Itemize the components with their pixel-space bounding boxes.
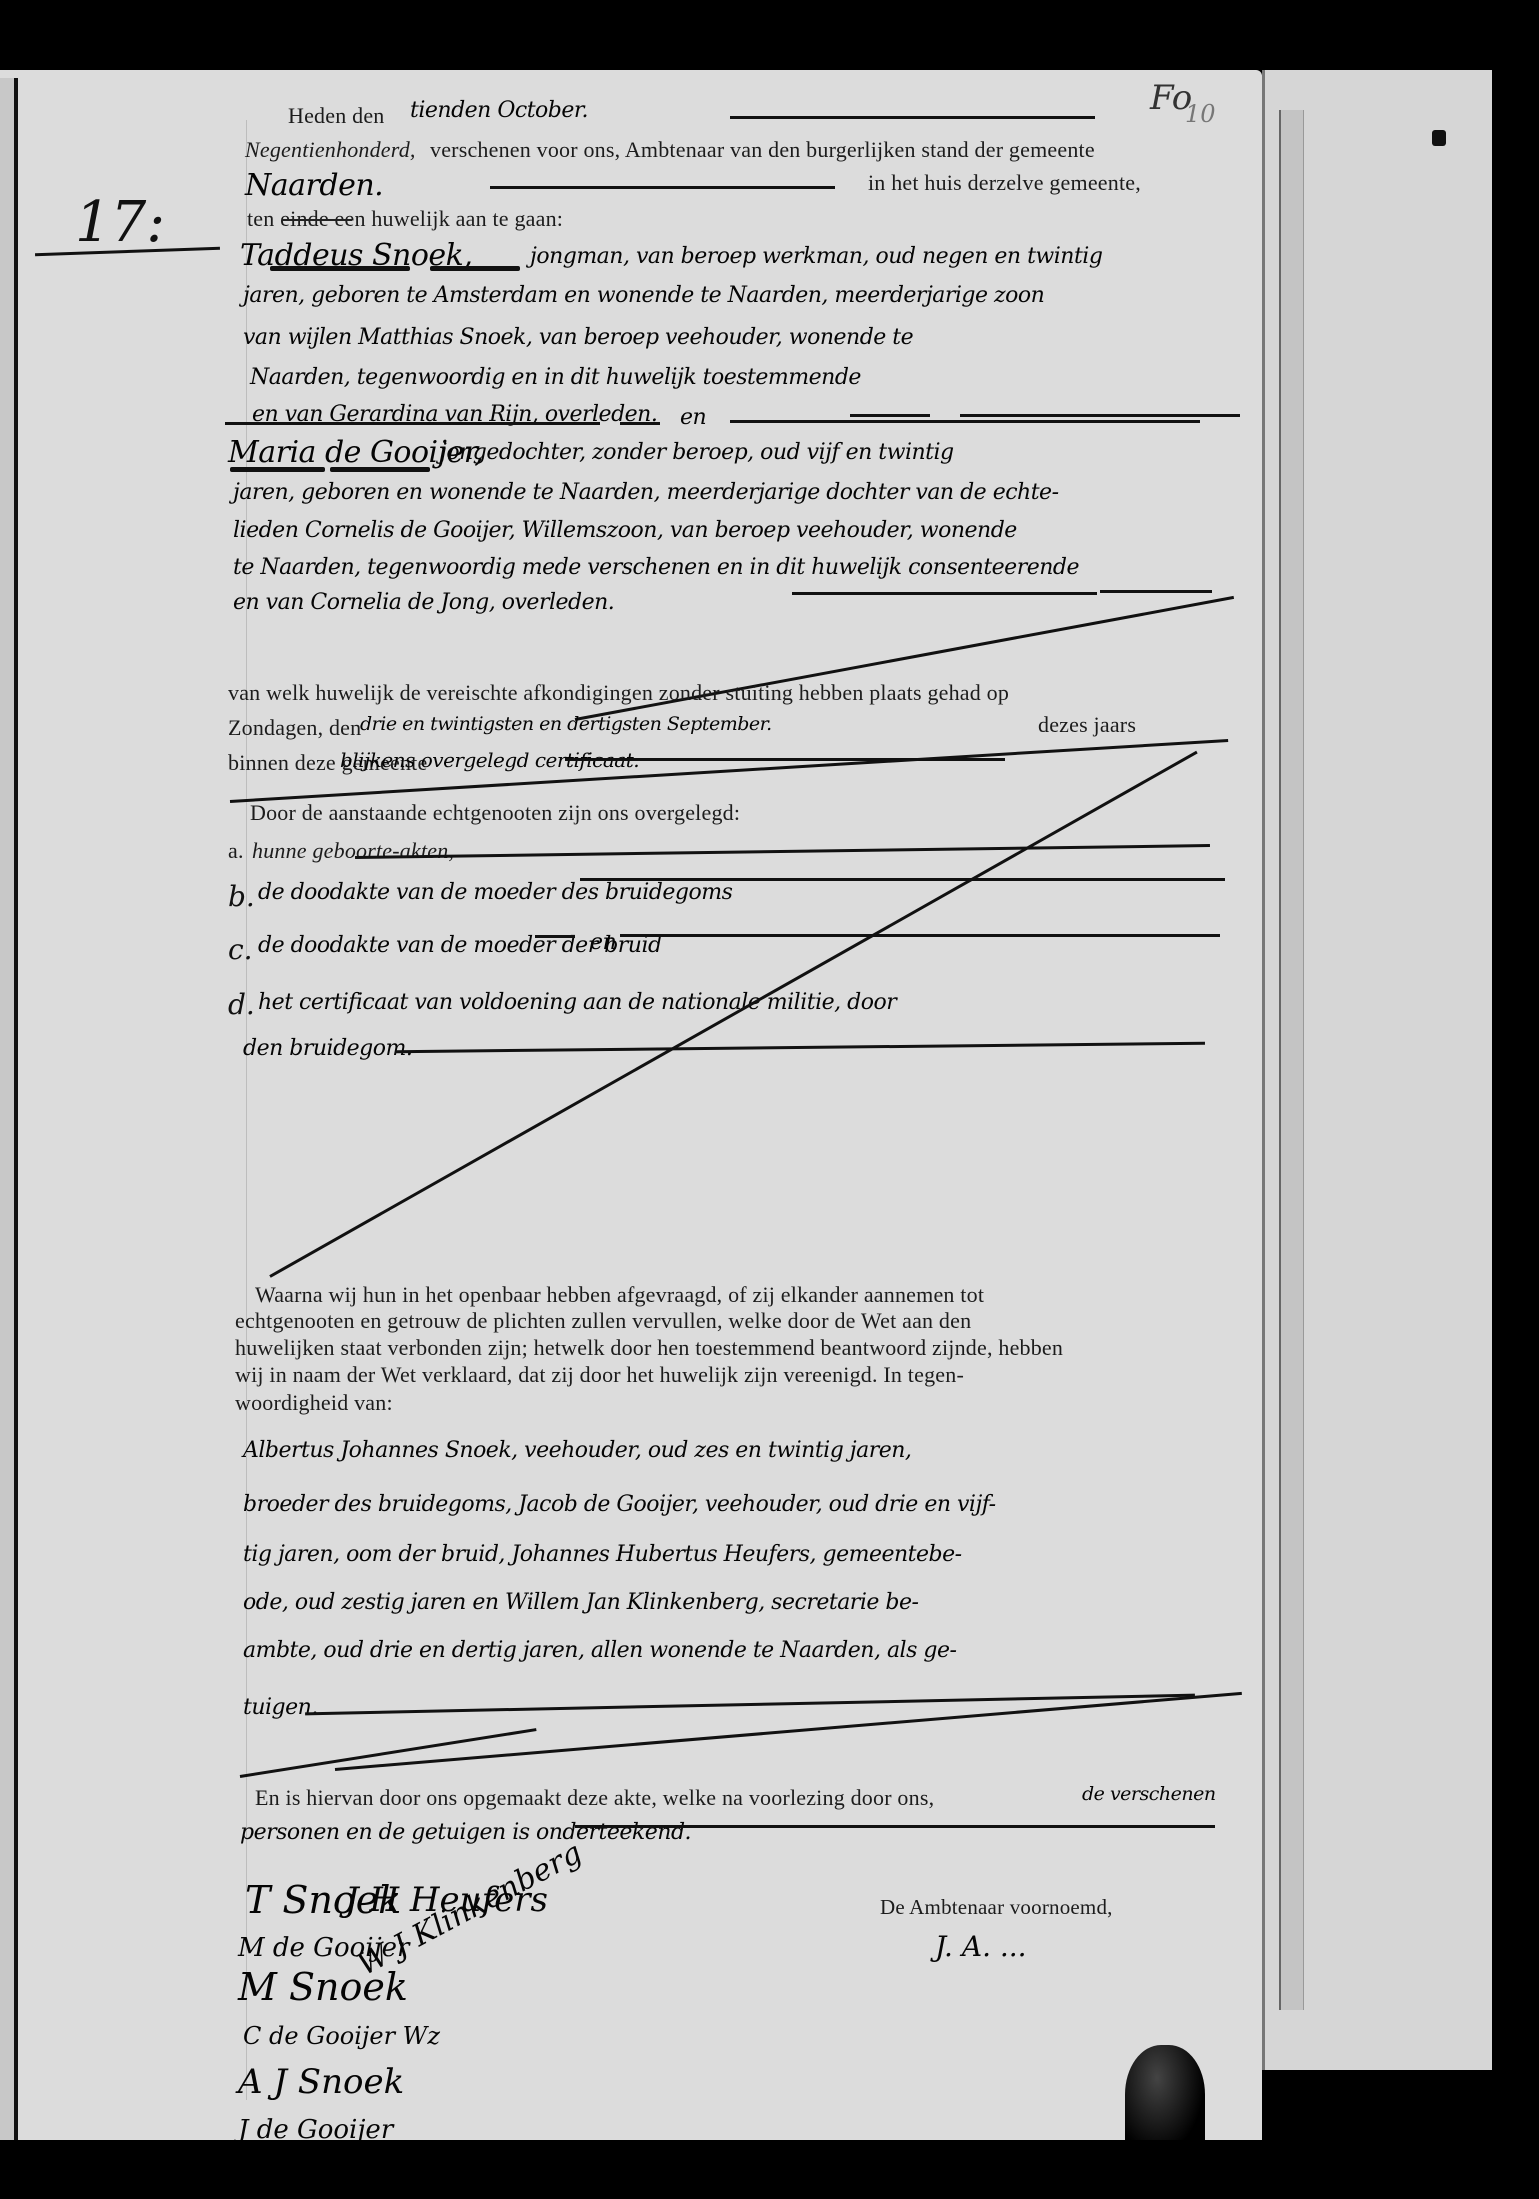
fill-line xyxy=(620,422,660,425)
doc-c-letter: c. xyxy=(228,933,253,966)
closing-hand-b: personen en de getuigen is onderteekend. xyxy=(240,1820,691,1845)
declaration-line-5: woordigheid van: xyxy=(235,1390,393,1416)
register-right-edge xyxy=(1262,70,1495,2070)
bride-line-5: en van Cornelia de Jong, overleden. xyxy=(233,590,614,615)
name-underline xyxy=(430,266,520,271)
fill-line xyxy=(730,420,1200,423)
conjunction-en: en xyxy=(680,405,706,430)
doc-a-text: hunne geboorte-akten, xyxy=(252,838,454,864)
fill-line xyxy=(575,1825,1215,1828)
closing-printed: En is hiervan door ons opgemaakt deze ak… xyxy=(255,1785,934,1811)
witness-line-4: ode, oud zestig jaren en Willem Jan Klin… xyxy=(243,1590,918,1615)
doc-d-continuation: den bruidegom. xyxy=(243,1036,412,1061)
witness-line-2: broeder des bruidegoms, Jacob de Gooijer… xyxy=(243,1492,996,1517)
bride-line-1: jongedochter, zonder beroep, oud vijf en… xyxy=(440,440,954,465)
doc-d-text: het certificaat van voldoening aan de na… xyxy=(258,990,896,1015)
doc-b-letter: b. xyxy=(228,880,255,913)
header-year: Negentienhonderd, xyxy=(245,137,416,163)
header-heden: Heden den xyxy=(288,103,384,129)
bride-line-4: te Naarden, tegenwoordig mede verschenen… xyxy=(233,555,1079,580)
header-verschenen: verschenen voor ons, Ambtenaar van den b… xyxy=(430,137,1095,163)
signature-witness-2: A J Snoek xyxy=(238,2062,404,2102)
header-gemeente: Naarden. xyxy=(245,168,383,203)
folio-number: 10 xyxy=(1185,100,1216,128)
fill-line xyxy=(535,935,575,938)
groom-line-3: van wijlen Matthias Snoek, van beroep ve… xyxy=(243,325,913,350)
header-date: tienden October. xyxy=(410,98,588,123)
signature-father: C de Gooijer Wz xyxy=(243,2022,440,2050)
groom-line-2: jaren, geboren te Amsterdam en wonende t… xyxy=(243,283,1044,308)
thumb-shadow xyxy=(1125,2045,1205,2155)
documents-intro: Door de aanstaande echtgenooten zijn ons… xyxy=(250,800,740,826)
doc-b-text: de doodakte van de moeder des bruidegoms xyxy=(258,880,732,905)
witness-line-3: tig jaren, oom der bruid, Johannes Huber… xyxy=(243,1542,962,1567)
doc-d-letter: d. xyxy=(228,988,255,1021)
fill-line xyxy=(850,414,930,417)
name-underline xyxy=(270,266,410,271)
fill-line xyxy=(580,878,1225,881)
witness-line-5: ambte, oud drie en dertig jaren, allen w… xyxy=(243,1638,956,1663)
strikethrough xyxy=(282,219,352,221)
closing-hand-a: de verschenen xyxy=(1082,1783,1216,1805)
fill-line xyxy=(960,414,1240,417)
binding-tab xyxy=(1432,130,1446,146)
previous-page-edge xyxy=(0,78,18,2158)
fill-line xyxy=(730,116,1095,119)
fill-line xyxy=(792,592,1097,595)
scan-border-bottom xyxy=(0,2140,1539,2199)
signature-official: J. A. ... xyxy=(935,1930,1027,1963)
proclamation-dates: drie en twintigsten en dertigsten Septem… xyxy=(360,713,772,735)
groom-line-1: jongman, van beroep werkman, oud negen e… xyxy=(530,244,1102,269)
official-label: De Ambtenaar voornoemd, xyxy=(880,1895,1113,1920)
doc-a-letter: a. xyxy=(228,838,244,864)
name-underline xyxy=(300,467,325,472)
proclamation-zondagen: Zondagen, den xyxy=(228,715,361,741)
scan-border-right xyxy=(1492,0,1539,2199)
declaration-line-4: wij in naam der Wet verklaard, dat zij d… xyxy=(235,1362,964,1388)
declaration-line-2: echtgenooten en getrouw de plichten zull… xyxy=(235,1308,971,1334)
bride-line-3: lieden Cornelis de Gooijer, Willemszoon,… xyxy=(233,518,1017,543)
fill-line xyxy=(225,422,600,425)
margin-rule xyxy=(246,120,247,2100)
bride-line-2: jaren, geboren en wonende te Naarden, me… xyxy=(233,480,1059,505)
name-underline xyxy=(330,467,430,472)
witness-line-6: tuigen. xyxy=(243,1695,318,1720)
declaration-line-1: Waarna wij hun in het openbaar hebben af… xyxy=(255,1282,984,1308)
header-huis: in het huis derzelve gemeente, xyxy=(868,170,1141,196)
proclamation-line-1: van welk huwelijk de vereischte afkondig… xyxy=(228,680,1009,706)
fill-line xyxy=(1100,590,1212,593)
akte-number: 17: xyxy=(75,190,165,255)
witness-line-1: Albertus Johannes Snoek, veehouder, oud … xyxy=(243,1438,911,1463)
proclamation-dezes-jaars: dezes jaars xyxy=(1038,712,1136,738)
fill-line xyxy=(620,934,1220,937)
groom-line-4: Naarden, tegenwoordig en in dit huwelijk… xyxy=(250,365,861,390)
declaration-line-3: huwelijken staat verbonden zijn; hetwelk… xyxy=(235,1335,1063,1361)
fill-line xyxy=(490,186,835,189)
doc-c-suffix: en xyxy=(590,930,616,955)
